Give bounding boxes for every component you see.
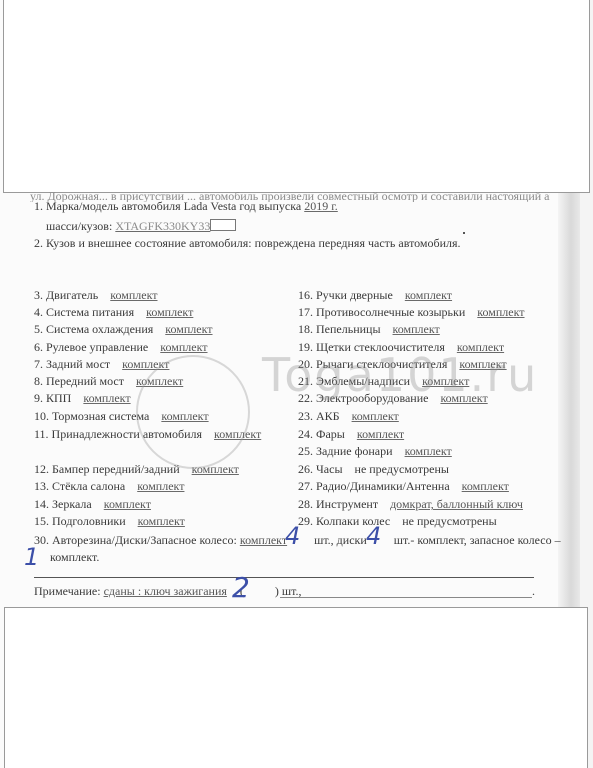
item-label: 12. Бампер передний/задний (34, 462, 180, 476)
item-value: комплект (83, 391, 130, 405)
item-value: комплект (357, 427, 404, 441)
redacted-region-top (3, 0, 590, 193)
item-value: не предусмотрены (402, 514, 496, 528)
checklist-item: 18. Пепельницыкомплект (298, 322, 440, 336)
vin-redaction-box (210, 219, 236, 231)
note-value: сданы : ключ зажигания (104, 584, 227, 598)
item-label: 26. Часы (298, 462, 343, 476)
checklist-item: 15. Подголовникикомплект (34, 514, 185, 528)
item-2-body-condition: 2. Кузов и внешнее состояние автомобиля:… (34, 236, 461, 250)
item-value: комплект (405, 444, 452, 458)
item-value: комплект (165, 322, 212, 336)
item-label: 24. Фары (298, 427, 345, 441)
checklist-item: 20. Рычаги стеклоочистителякомплект (298, 357, 507, 371)
note-underline (280, 597, 532, 598)
item-label: 22. Электрооборудование (298, 391, 428, 405)
checklist-item: 16. Ручки дверныекомплект (298, 288, 452, 302)
checklist-item: 23. АКБкомплект (298, 409, 399, 423)
item-1-model: 1. Марка/модель автомобиля Lada Vesta го… (34, 199, 338, 213)
checklist-item: 7. Задний мосткомплект (34, 357, 169, 371)
checklist-item: 25. Задние фонарикомплект (298, 444, 452, 458)
note-end: . (532, 584, 535, 598)
item-value: комплект (405, 288, 452, 302)
checklist-item: 14. Зеркалакомплект (34, 497, 151, 511)
checklist-item: 9. КППкомплект (34, 391, 131, 405)
item-label: 21. Эмблемы/надписи (298, 374, 410, 388)
checklist-item: 21. Эмблемы/надписикомплект (298, 374, 469, 388)
item-label: 28. Инструмент (298, 497, 378, 511)
item-30-rest: шт.- комплект, запасное колесо – (394, 533, 561, 547)
item-label: 3. Двигатель (34, 288, 98, 302)
item-label: 10. Тормозная система (34, 409, 149, 423)
checklist-item: 17. Противосолнечные козырькикомплект (298, 305, 525, 319)
chassis-value: XTAGFK330KY33 (115, 219, 210, 233)
checklist-item: 29. Колпаки колесне предусмотрены (298, 514, 497, 528)
watermark-logo-icon (136, 355, 250, 469)
checklist-item: 24. Фарыкомплект (298, 427, 404, 441)
item-label: 16. Ручки дверные (298, 288, 393, 302)
item-30-line2: комплект. (50, 550, 99, 564)
item-value: комплект (110, 288, 157, 302)
handwritten-keys-count: 2 (232, 576, 250, 600)
model-year: 2019 г. (304, 199, 338, 213)
checklist-item: 5. Система охлаждениякомплект (34, 322, 213, 336)
item-label: 9. КПП (34, 391, 71, 405)
item-label: 15. Подголовники (34, 514, 126, 528)
separator-line (34, 577, 534, 578)
redacted-region-bottom (4, 607, 588, 768)
checklist-item: 13. Стёкла салонакомплект (34, 479, 184, 493)
checklist-item: 19. Щетки стеклоочистителякомплект (298, 340, 504, 354)
item-label: 18. Пепельницы (298, 322, 381, 336)
checklist-item: 6. Рулевое управлениекомплект (34, 340, 208, 354)
item-value: комплект (104, 497, 151, 511)
checklist-item: 22. Электрооборудованиекомплект (298, 391, 488, 405)
item-value: комплект (160, 340, 207, 354)
checklist-item: 27. Радио/Динамики/Антеннакомплект (298, 479, 509, 493)
item-value: комплект (352, 409, 399, 423)
item-value: комплект (393, 322, 440, 336)
item-value: комплект (459, 357, 506, 371)
item-label: 17. Противосолнечные козырьки (298, 305, 465, 319)
item-label: 13. Стёкла салона (34, 479, 125, 493)
item-value: домкрат, баллонный ключ (390, 497, 523, 511)
checklist-item: 4. Система питаниякомплект (34, 305, 193, 319)
checklist-item: 28. Инструментдомкрат, баллонный ключ (298, 497, 523, 511)
item-label: 5. Система охлаждения (34, 322, 153, 336)
item-value: комплект (146, 305, 193, 319)
tires-unit: шт., диски (314, 533, 367, 547)
checklist-item: 3. Двигателькомплект (34, 288, 158, 302)
item-label: 25. Задние фонари (298, 444, 393, 458)
item-label: 6. Рулевое управление (34, 340, 148, 354)
item-label: 7. Задний мост (34, 357, 110, 371)
item-value: не предусмотрены (355, 462, 449, 476)
item-value: комплект (440, 391, 487, 405)
item-1-label: 1. Марка/модель автомобиля Lada Vesta го… (34, 199, 301, 213)
item-value: комплект (138, 514, 185, 528)
item-label: 4. Система питания (34, 305, 134, 319)
chassis-label: шасси/кузов: (46, 219, 112, 233)
item-value: комплект (462, 479, 509, 493)
note-line: Примечание: сданы : ключ зажигания ( ) ш… (34, 584, 301, 598)
item-value: комплект (422, 374, 469, 388)
item-label: 14. Зеркала (34, 497, 92, 511)
item-value: комплект (137, 479, 184, 493)
scanned-page: ул. Дорожная... в присутствии ... автомо… (0, 0, 580, 768)
handwritten-disks-count: 4 (366, 524, 381, 548)
item-1-chassis: шасси/кузов: XTAGFK330KY33 (46, 219, 236, 233)
item-label: 8. Передний мост (34, 374, 124, 388)
item-label: 20. Рычаги стеклоочистителя (298, 357, 447, 371)
handwritten-tires-count: 4 (285, 524, 300, 548)
item-label: 23. АКБ (298, 409, 340, 423)
item-value: комплект (457, 340, 504, 354)
handwritten-spare-count: 1 (24, 545, 39, 569)
item-value: комплект (477, 305, 524, 319)
note-label: Примечание: (34, 584, 101, 598)
item-30-label: 30. Авторезина/Диски/Запасное колесо: (34, 533, 237, 547)
checklist-item: 26. Часыне предусмотрены (298, 462, 449, 476)
item-label: 27. Радио/Динамики/Антенна (298, 479, 450, 493)
speck (463, 232, 465, 234)
item-label: 19. Щетки стеклоочистителя (298, 340, 445, 354)
note-close: ) шт., (275, 584, 302, 598)
